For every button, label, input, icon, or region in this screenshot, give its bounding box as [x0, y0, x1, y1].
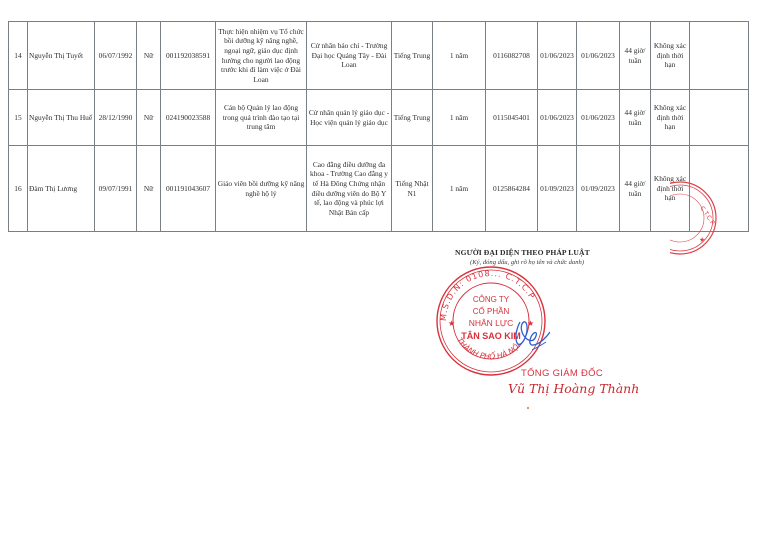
cell-experience: 1 năm [433, 90, 486, 146]
edge-stamp-icon: C.T.C.P ★ [670, 178, 750, 258]
cell-note [690, 90, 749, 146]
cell-dob: 06/07/1992 [95, 22, 137, 90]
svg-text:★: ★ [527, 319, 534, 328]
stamp-line2: CỔ PHẦN [473, 306, 510, 316]
stamp-line3: NHÂN LỰC [469, 318, 514, 328]
cell-gender: Nữ [137, 90, 161, 146]
cell-hours: 44 giờ/ tuần [620, 146, 651, 232]
cell-position: Giáo viên bồi dưỡng kỹ năng nghề hộ lý [216, 146, 307, 232]
cell-start-date: 01/06/2023 [577, 90, 620, 146]
cell-language: Tiếng Nhật N1 [392, 146, 433, 232]
cell-position: Cán bộ Quản lý lao động trong quá trình … [216, 90, 307, 146]
table-row: 15 Nguyễn Thị Thu Huế 28/12/1990 Nữ 0241… [9, 90, 749, 146]
cell-name: Nguyễn Thị Tuyết [28, 22, 95, 90]
cell-start-date: 01/09/2023 [577, 146, 620, 232]
cell-term: Không xác định thời hạn [651, 22, 690, 90]
cell-name: Đàm Thị Lương [28, 146, 95, 232]
cell-id-number: 001191043607 [161, 146, 216, 232]
svg-text:C.T.C.P: C.T.C.P [698, 205, 716, 226]
cell-stt: 14 [9, 22, 28, 90]
cell-contract-no: 0115045401 [486, 90, 538, 146]
cell-qualification: Cao đẳng điều dưỡng đa khoa - Trường Cao… [307, 146, 392, 232]
cell-contract-date: 01/09/2023 [538, 146, 577, 232]
svg-text:★: ★ [448, 319, 455, 328]
cell-contract-date: 01/06/2023 [538, 22, 577, 90]
cell-stt: 15 [9, 90, 28, 146]
scan-speck [527, 407, 529, 409]
cell-name: Nguyễn Thị Thu Huế [28, 90, 95, 146]
cell-hours: 44 giờ/ tuần [620, 90, 651, 146]
signer-name: Vũ Thị Hoàng Thành [508, 381, 639, 396]
cell-experience: 1 năm [433, 22, 486, 90]
signature-title: NGƯỜI ĐẠI DIỆN THEO PHÁP LUẬT [455, 248, 590, 257]
signer-position: TỔNG GIÁM ĐỐC [521, 368, 603, 379]
cell-term: Không xác định thời hạn [651, 90, 690, 146]
svg-text:★: ★ [699, 236, 705, 244]
cell-contract-no: 0125864284 [486, 146, 538, 232]
employee-table: 14 Nguyễn Thị Tuyết 06/07/1992 Nữ 001192… [8, 21, 749, 232]
cell-hours: 44 giờ/ tuần [620, 22, 651, 90]
stamp-line4: TÂN SAO KIM [461, 330, 521, 341]
cell-position: Thực hiện nhiệm vụ Tổ chức bồi dưỡng kỹ … [216, 22, 307, 90]
cell-start-date: 01/06/2023 [577, 22, 620, 90]
cell-dob: 28/12/1990 [95, 90, 137, 146]
cell-contract-date: 01/06/2023 [538, 90, 577, 146]
cell-qualification: Cử nhân báo chí - Trường Đại học Quảng T… [307, 22, 392, 90]
cell-language: Tiếng Trung [392, 90, 433, 146]
cell-stt: 16 [9, 146, 28, 232]
cell-gender: Nữ [137, 146, 161, 232]
cell-id-number: 024190023588 [161, 90, 216, 146]
cell-contract-no: 0116082708 [486, 22, 538, 90]
table-row: 14 Nguyễn Thị Tuyết 06/07/1992 Nữ 001192… [9, 22, 749, 90]
table-row: 16 Đàm Thị Lương 09/07/1991 Nữ 001191043… [9, 146, 749, 232]
cell-gender: Nữ [137, 22, 161, 90]
cell-dob: 09/07/1991 [95, 146, 137, 232]
cell-note [690, 22, 749, 90]
cell-qualification: Cử nhân quản lý giáo dục - Học viện quản… [307, 90, 392, 146]
company-stamp-icon: M.S.D.N: 0108... C.T.C.P THÀNH PHỐ HÀ NỘ… [432, 262, 550, 380]
stamp-line1: CÔNG TY [473, 295, 510, 304]
cell-id-number: 001192038591 [161, 22, 216, 90]
cell-language: Tiếng Trung [392, 22, 433, 90]
cell-experience: 1 năm [433, 146, 486, 232]
